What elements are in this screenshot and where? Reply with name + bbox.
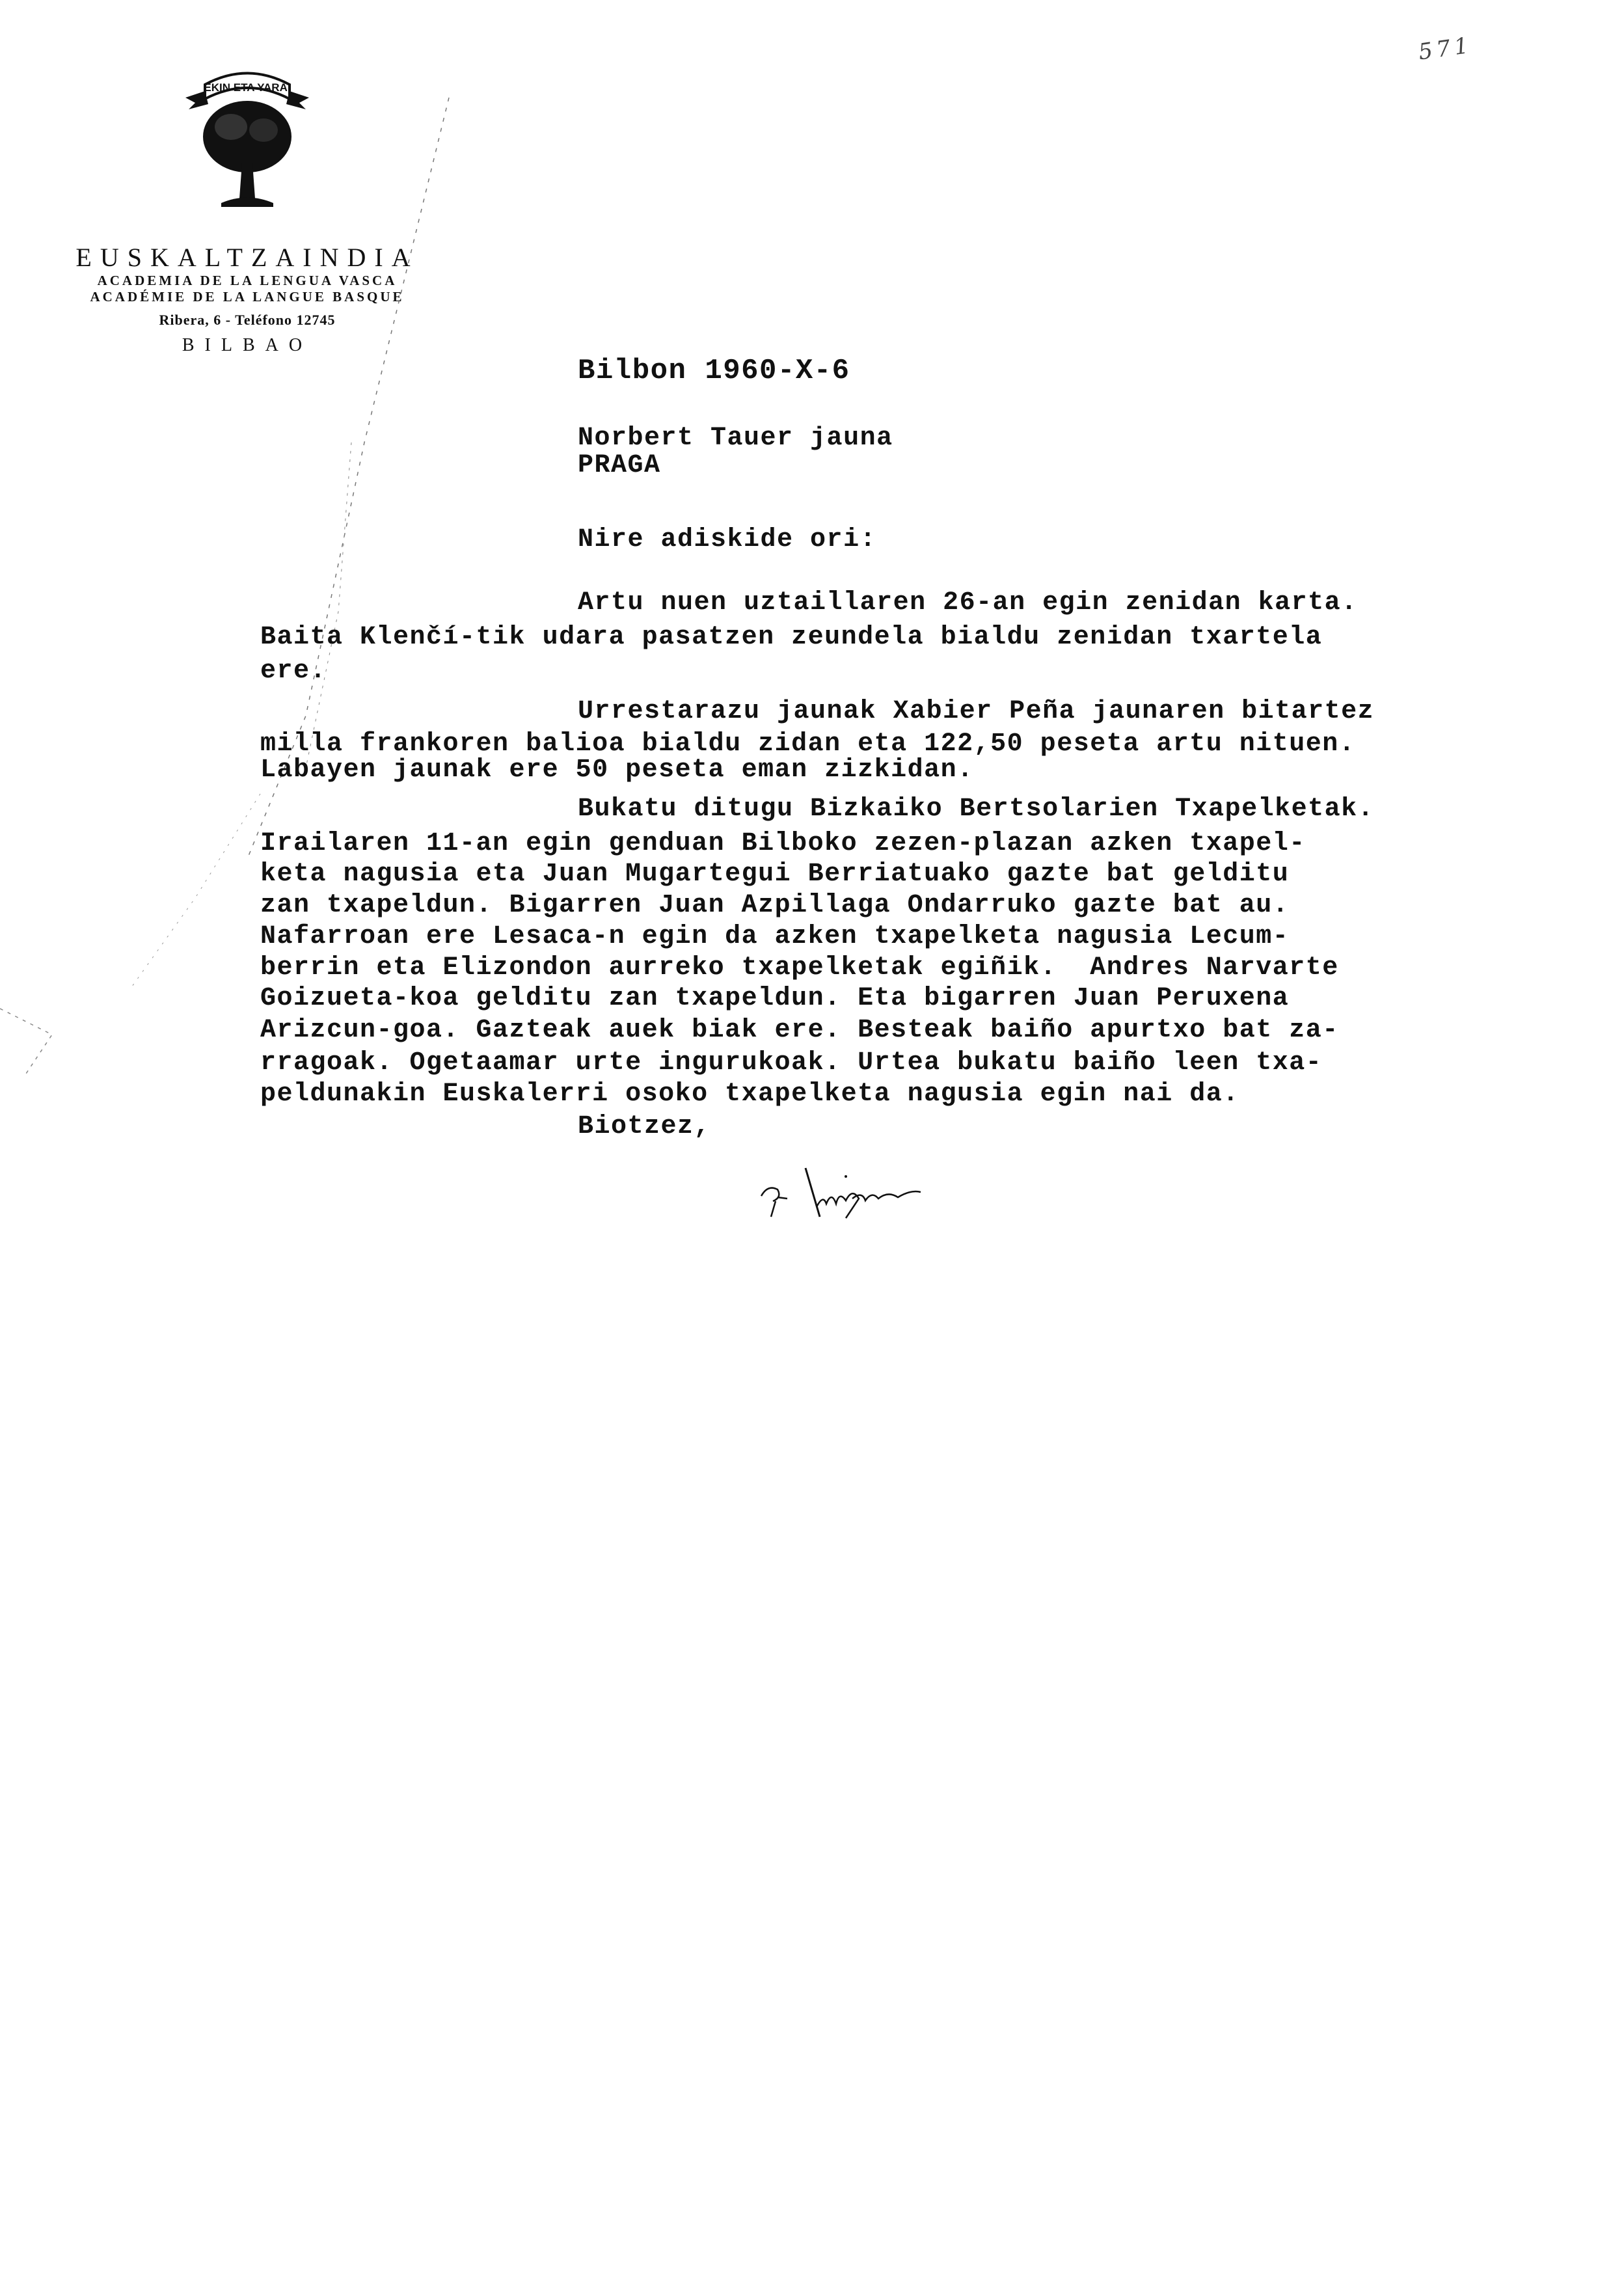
body-line: peldunakin Euskalerri osoko txapelketa n…	[260, 1080, 1239, 1109]
body-line: zan txapeldun. Bigarren Juan Azpillaga O…	[260, 891, 1289, 920]
body-line: Nafarroan ere Lesaca-n egin da azken txa…	[260, 923, 1289, 951]
handwritten-signature-icon	[748, 1165, 969, 1230]
oak-tree-with-banner-icon: EKIN ETA YARAI	[169, 59, 325, 215]
salutation: Nire adiskide ori:	[578, 526, 876, 554]
body-line: ere.	[260, 657, 327, 686]
org-city: BILBAO	[65, 335, 429, 356]
letterhead: EKIN ETA YARAI EUSKALTZAINDIA ACADEMIA D…	[65, 59, 429, 356]
body-line: Bukatu ditugu Bizkaiko Bertsolarien Txap…	[578, 795, 1374, 824]
body-line: Goizueta-koa gelditu zan txapeldun. Eta …	[260, 985, 1289, 1013]
body-line: Artu nuen uztaillaren 26-an egin zenidan…	[578, 589, 1358, 618]
body-line: Irailaren 11-an egin genduan Bilboko zez…	[260, 830, 1306, 858]
body-line: berrin eta Elizondon aurreko txapelketak…	[260, 954, 1339, 983]
closing: Biotzez,	[578, 1113, 710, 1141]
body-line: Urrestarazu jaunak Xabier Peña jaunaren …	[578, 698, 1374, 726]
org-name: EUSKALTZAINDIA	[65, 242, 429, 273]
recipient-city: PRAGA	[578, 452, 661, 480]
motto-text: EKIN ETA YARAI	[204, 81, 290, 94]
org-address: Ribera, 6 - Teléfono 12745	[65, 312, 429, 329]
org-subtitle-fr: ACADÉMIE DE LA LANGUE BASQUE	[65, 289, 429, 305]
body-line: Baita Klenčí-tik udara pasatzen zeundela…	[260, 623, 1322, 652]
body-line: keta nagusia eta Juan Mugartegui Berriat…	[260, 860, 1289, 889]
body-line: Arizcun-goa. Gazteak auek biak ere. Best…	[260, 1016, 1339, 1045]
body-line: Labayen jaunak ere 50 peseta eman zizkid…	[260, 756, 974, 785]
body-line: rragoak. Ogetaamar urte ingurukoak. Urte…	[260, 1049, 1322, 1078]
recipient-name: Norbert Tauer jauna	[578, 424, 893, 453]
letter-date: Bilbon 1960-X-6	[578, 357, 850, 385]
archive-number-mark: 571	[1417, 32, 1474, 65]
org-subtitle-es: ACADEMIA DE LA LENGUA VASCA	[65, 273, 429, 289]
body-line: milla frankoren balioa bialdu zidan eta …	[260, 730, 1355, 759]
